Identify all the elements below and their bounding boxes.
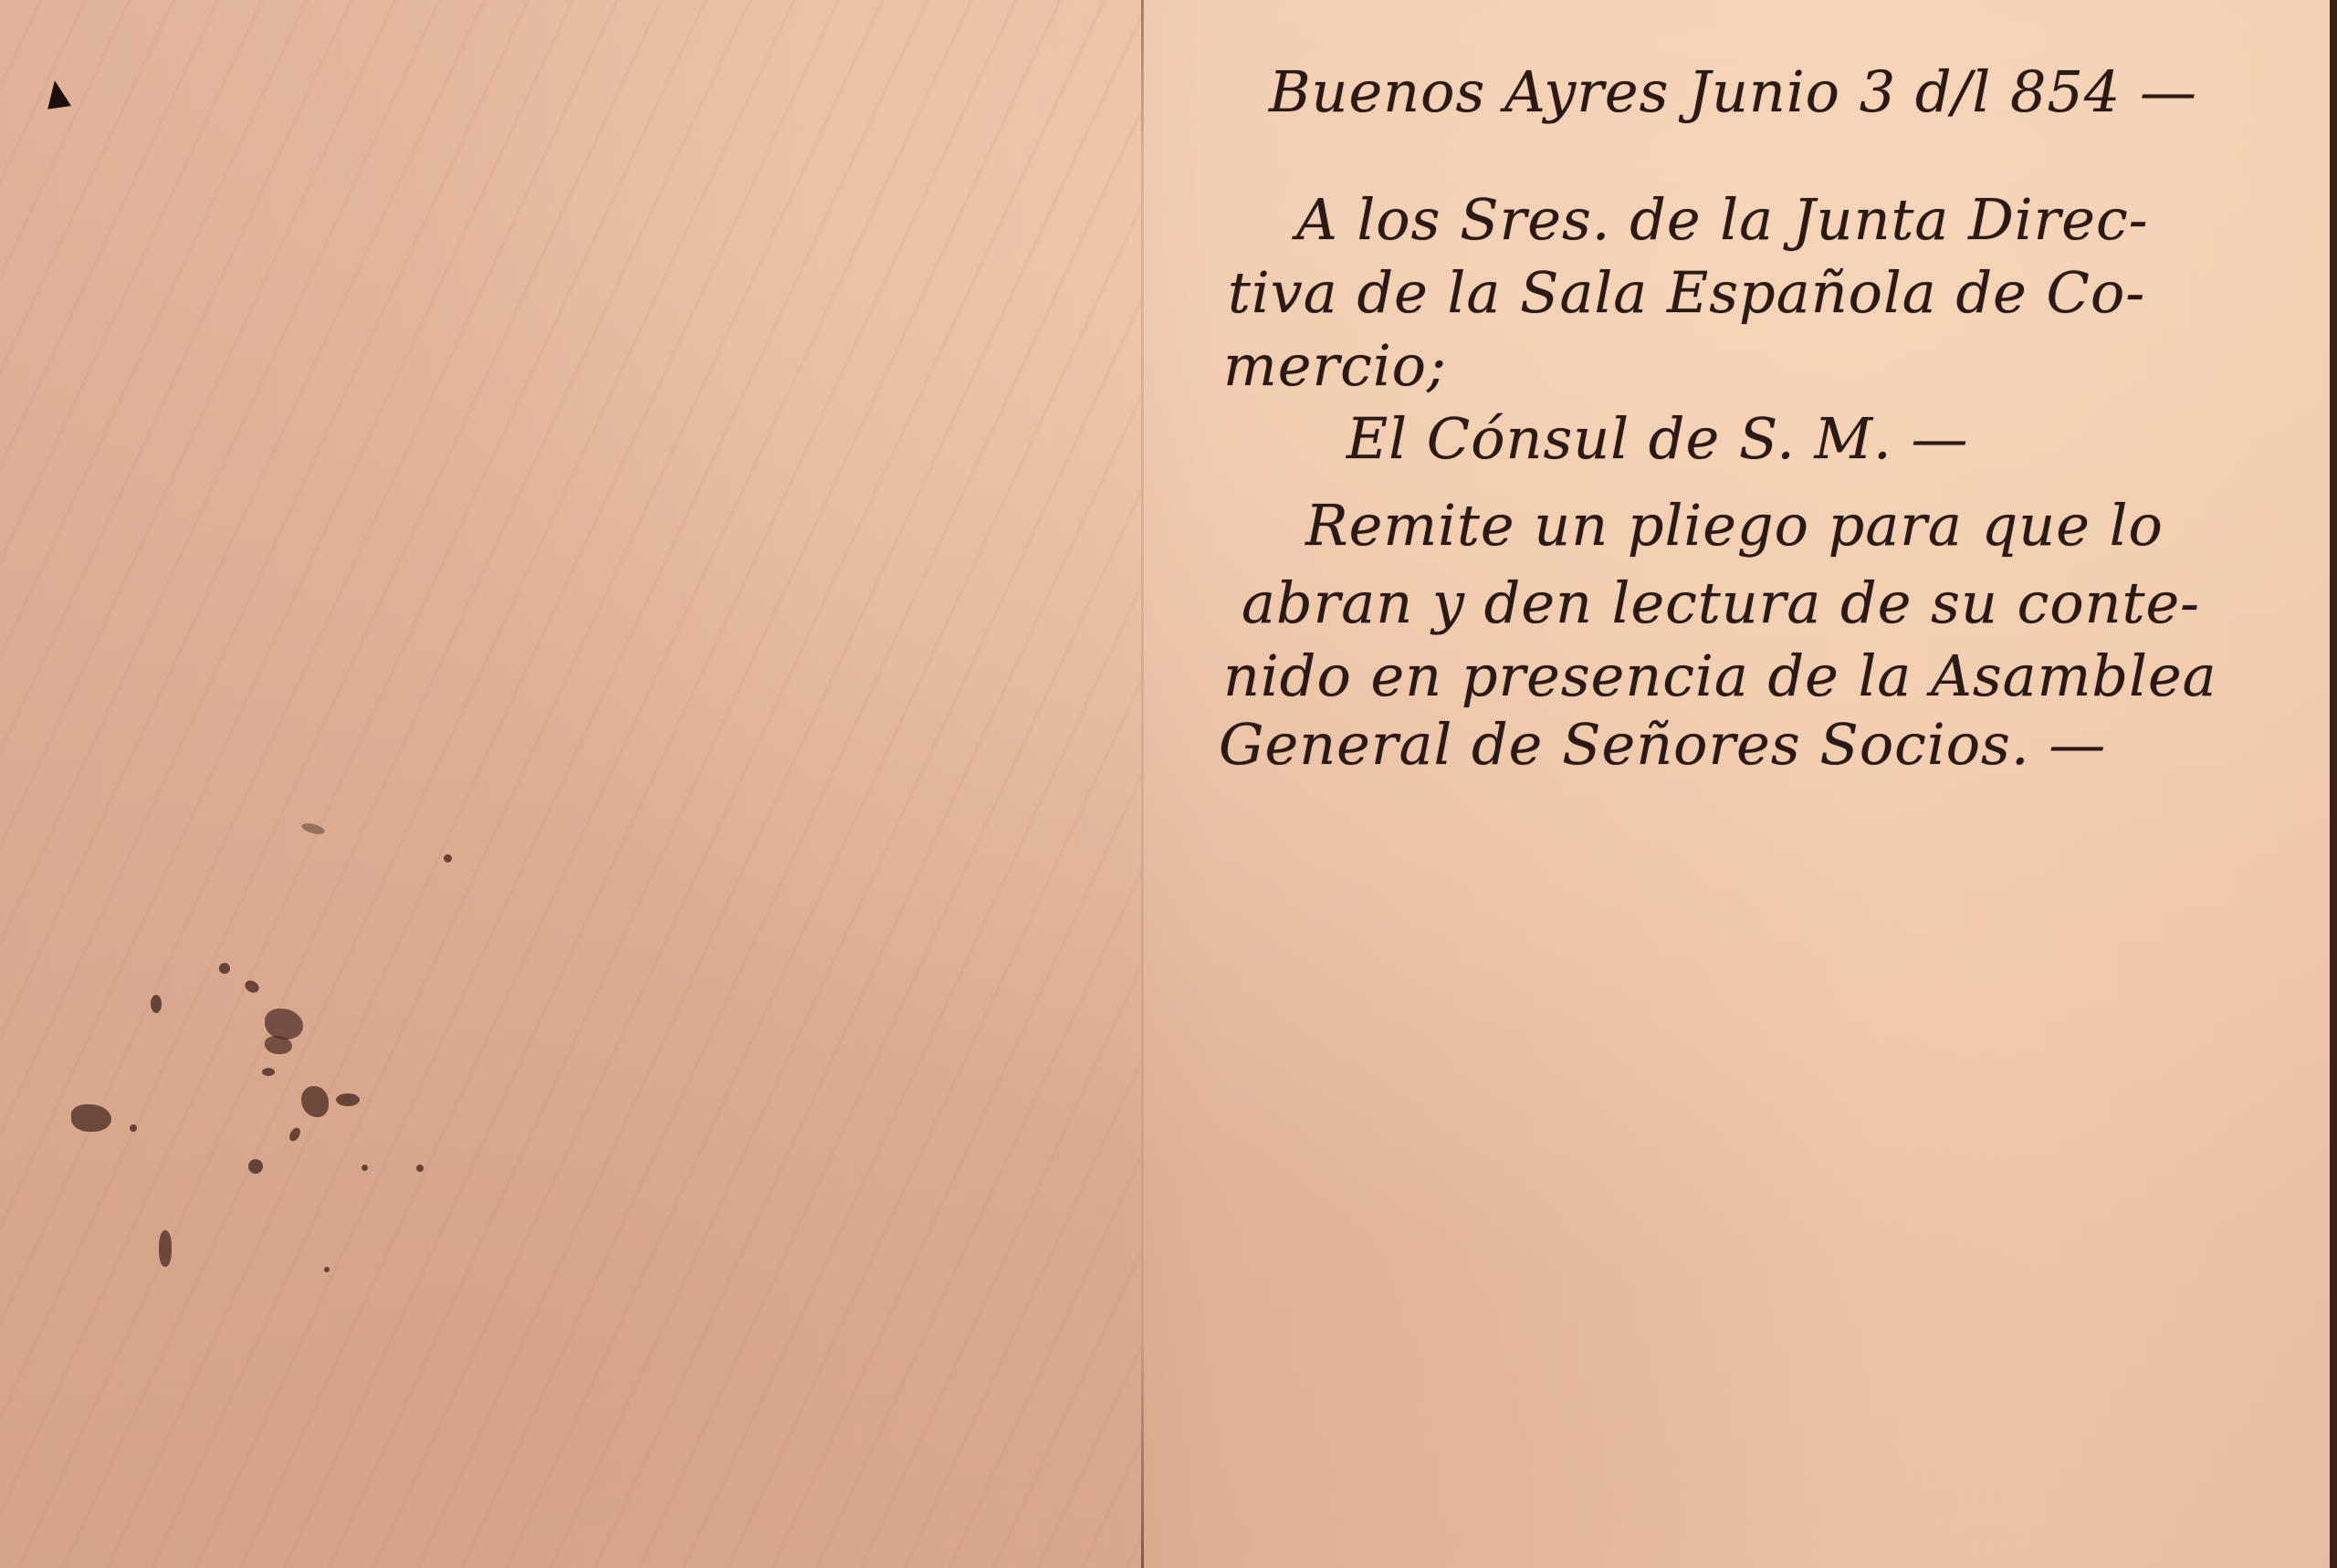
stain bbox=[262, 1068, 275, 1076]
stain bbox=[151, 995, 162, 1013]
stain bbox=[159, 1230, 172, 1267]
stain bbox=[324, 1267, 330, 1272]
sender-line: El Cónsul de S. M. — bbox=[1347, 411, 1968, 467]
addressee-line-3: mercio; bbox=[1223, 338, 1447, 394]
stain bbox=[444, 854, 452, 862]
stain bbox=[130, 1124, 137, 1132]
stain bbox=[362, 1165, 368, 1171]
body-line-4: General de Señores Socios. — bbox=[1219, 716, 2106, 773]
stain bbox=[265, 1036, 292, 1054]
stain bbox=[416, 1165, 424, 1172]
body-line-1: Remite un pliego para que lo bbox=[1305, 497, 2164, 554]
left-page bbox=[0, 0, 1143, 1568]
stain bbox=[219, 963, 230, 974]
stain bbox=[71, 1104, 111, 1132]
addressee-line-2: tiva de la Sala Española de Co- bbox=[1228, 265, 2145, 321]
body-line-2: abran y den lectura de su conte- bbox=[1242, 575, 2200, 632]
ink-bleed-through bbox=[0, 0, 1141, 1568]
date-line: Buenos Ayres Junio 3 d/l 854 — bbox=[1269, 64, 2197, 120]
page-edge bbox=[2330, 0, 2337, 1568]
body-line-3: nido en presencia de la Asamblea bbox=[1223, 648, 2217, 705]
addressee-line-1: A los Sres. de la Junta Direc- bbox=[1296, 192, 2149, 248]
document-spread: Buenos Ayres Junio 3 d/l 854 — A los Sre… bbox=[0, 0, 2337, 1568]
stain bbox=[248, 1159, 263, 1174]
stain bbox=[336, 1093, 360, 1106]
ink-mark bbox=[44, 78, 71, 109]
